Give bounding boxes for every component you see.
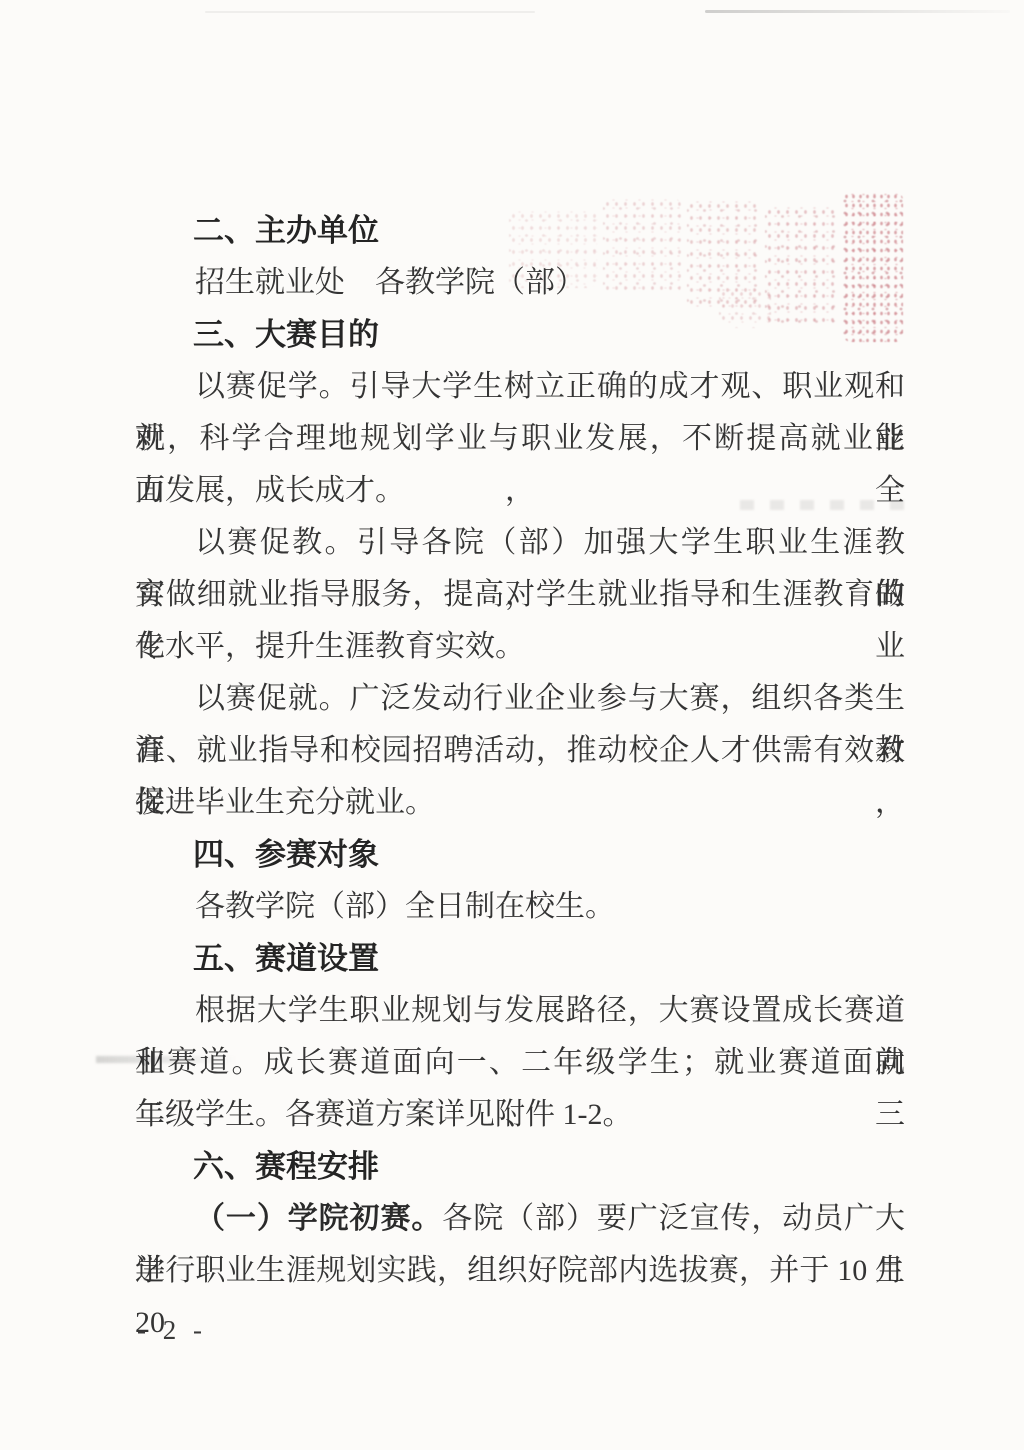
text-line: 招生就业处 各教学院（部） [135, 257, 905, 309]
section-heading-schedule: 六、赛程安排 [135, 1141, 905, 1193]
scan-edge-artifact [705, 10, 1010, 13]
scan-edge-artifact [205, 11, 535, 13]
text-line: 业赛道。成长赛道面向一、二年级学生；就业赛道面向二、三 [135, 1037, 905, 1089]
text-line: 根据大学生职业规划与发展路径，大赛设置成长赛道和就 [135, 985, 905, 1037]
run-in-subheading: （一）学院初赛。 [195, 1202, 442, 1235]
section-heading-participants: 四、参赛对象 [135, 829, 905, 881]
text-line: 以赛促教。引导各院（部）加强大学生职业生涯教育，做 [135, 517, 905, 569]
text-line: 各教学院（部）全日制在校生。 [135, 881, 905, 933]
section-heading-tracks: 五、赛道设置 [135, 933, 905, 985]
text-line: 观，科学合理地规划学业与职业发展，不断提高就业能力，全 [135, 413, 905, 465]
text-line: （一）学院初赛。各院（部）要广泛宣传，动员广大学生 [135, 1193, 905, 1245]
page-number: - 2 - [137, 1310, 207, 1350]
text-line: 以赛促学。引导大学生树立正确的成才观、职业观和就业 [135, 361, 905, 413]
section-heading-organizers: 二、主办单位 [135, 205, 905, 257]
document-body: 二、主办单位 招生就业处 各教学院（部） 三、大赛目的 以赛促学。引导大学生树立… [135, 205, 905, 1297]
section-heading-purpose: 三、大赛目的 [135, 309, 905, 361]
scanned-document-page: 二、主办单位 招生就业处 各教学院（部） 三、大赛目的 以赛促学。引导大学生树立… [0, 0, 1024, 1450]
text-line: 进行职业生涯规划实践，组织好院部内选拔赛，并于 10 月 20 [135, 1245, 905, 1297]
text-line: 实做细就业指导服务，提高对学生就业指导和生涯教育的专业 [135, 569, 905, 621]
text-line: 育、就业指导和校园招聘活动，推动校企人才供需有效对接， [135, 725, 905, 777]
text-line: 以赛促就。广泛发动行业企业参与大赛，组织各类生涯教 [135, 673, 905, 725]
